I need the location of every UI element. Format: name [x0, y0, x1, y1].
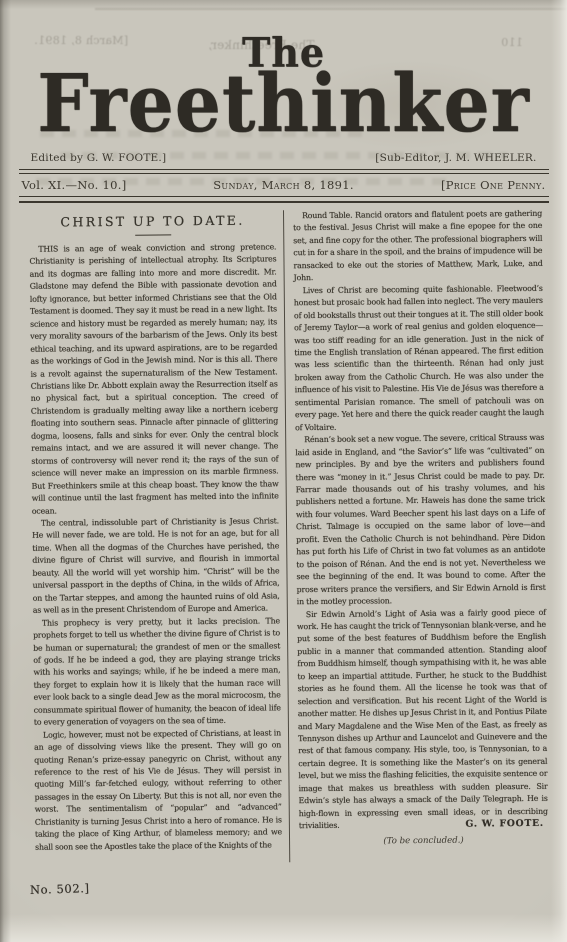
article-body: CHRIST UP TO DATE. THIS is an age of wea…: [29, 208, 548, 865]
article-paragraph: Sir Edwin Arnold’s Light of Asia was a f…: [297, 606, 548, 833]
newspaper-page: The Freethinker Edited by G. W. FOOTE.] …: [0, 0, 567, 864]
masthead-title: Freethinker: [6, 64, 562, 144]
article-paragraph: The central, indissoluble part of Christ…: [32, 515, 280, 617]
article-paragraph: Rénan’s book set a new vogue. The severe…: [295, 432, 546, 609]
continuation-note: (To be concluded.): [299, 835, 548, 847]
issue-date: Sunday, March 8, 1891.: [196, 178, 371, 192]
title-divider: [135, 234, 171, 235]
masthead: The Freethinker: [0, 0, 567, 138]
right-column: Round Table. Rancid orators and flatulen…: [293, 208, 548, 862]
volume-number: Vol. XI.—No. 10.]: [22, 178, 197, 192]
left-column: CHRIST UP TO DATE. THIS is an age of wea…: [29, 210, 282, 864]
editorial-credits: Edited by G. W. FOOTE.] [Sub-Editor, J. …: [31, 152, 537, 164]
issue-line: Vol. XI.—No. 10.] Sunday, March 8, 1891.…: [22, 178, 546, 192]
article-paragraph: Logic, however, must not be expected of …: [34, 727, 282, 854]
issue-price: [Price One Penny.: [371, 178, 546, 192]
article-title: CHRIST UP TO DATE.: [29, 212, 276, 229]
left-column-text: THIS is an age of weak conviction and st…: [29, 241, 282, 854]
issue-number-footer: No. 502.]: [30, 881, 90, 897]
article-paragraph: THIS is an age of weak conviction and st…: [29, 241, 279, 517]
sub-editor-credit: [Sub-Editor, J. M. WHEELER.: [375, 152, 536, 164]
header-rule-bottom: [19, 196, 549, 203]
header-rule-top: [19, 169, 549, 174]
article-paragraph: Lives of Christ are becoming quite fashi…: [294, 283, 544, 435]
column-divider: [283, 210, 290, 862]
editor-credit: Edited by G. W. FOOTE.]: [31, 152, 167, 164]
article-paragraph: Round Table. Rancid orators and flatulen…: [293, 208, 543, 285]
right-column-text: Round Table. Rancid orators and flatulen…: [293, 208, 548, 833]
article-paragraph: This prophecy is very pretty, but it lac…: [33, 615, 281, 729]
